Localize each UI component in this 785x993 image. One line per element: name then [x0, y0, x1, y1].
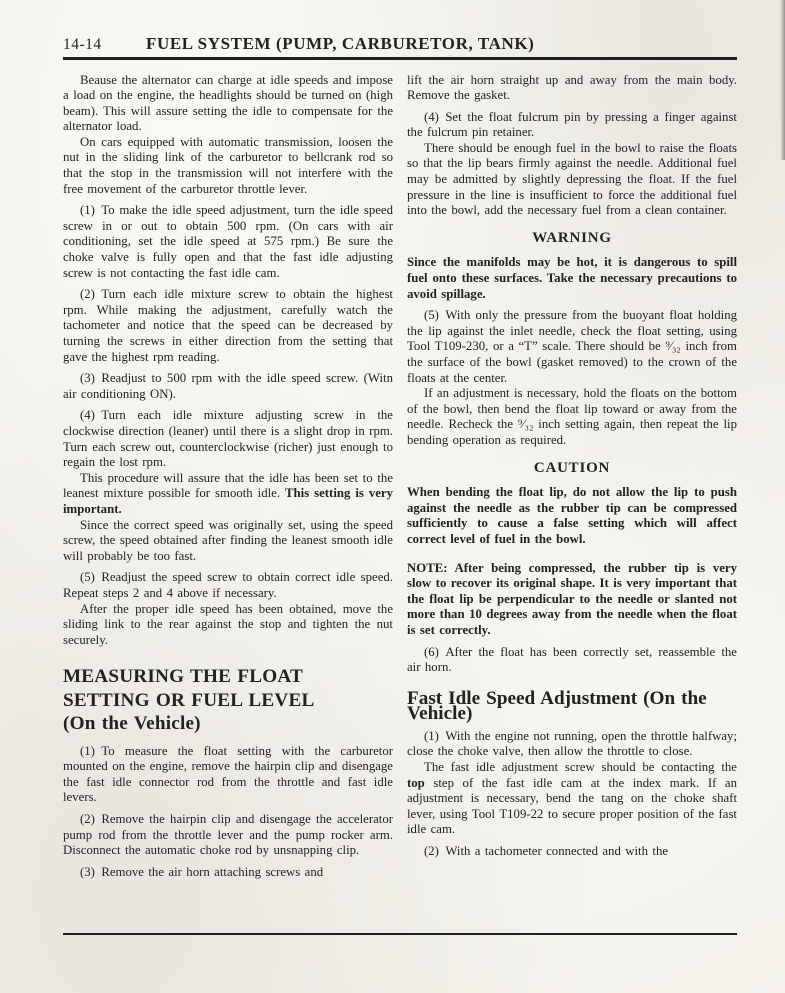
para-idle-step-2: (2) Turn each idle mixture screw to obta… [63, 287, 393, 365]
caution-heading: CAUTION [407, 461, 737, 477]
left-column: Beause the alternator can charge at idle… [63, 73, 393, 931]
para-measure-step-3: (3) Remove the air horn attaching screws… [63, 865, 393, 881]
para-float-step-5: (5) With only the pressure from the buoy… [407, 308, 737, 386]
right-column: lift the air horn straight up and away f… [407, 73, 737, 931]
fast-idle-post-text: step of the fast idle cam at the index m… [407, 776, 737, 837]
para-intro-alternator: Beause the alternator can charge at idle… [63, 73, 393, 135]
warning-heading: WARNING [407, 231, 737, 247]
para-note-text: NOTE: After being compressed, the rubber… [407, 561, 737, 639]
para-float-step-6: (6) After the float has been correctly s… [407, 645, 737, 676]
para-fast-idle-step-2: (2) With a tachometer connected and with… [407, 844, 737, 860]
page-number: 14-14 [63, 36, 146, 54]
fast-idle-pre-text: The fast idle adjustment screw should be… [424, 760, 737, 774]
header-rule [63, 57, 737, 60]
para-procedure: This procedure will assure that the idle… [63, 471, 393, 518]
para-measure-step-2: (2) Remove the hairpin clip and disengag… [63, 812, 393, 859]
heading-measuring-float: MEASURING THE FLOAT SETTING OR FUEL LEVE… [63, 665, 393, 735]
manual-page: 14-14 FUEL SYSTEM (PUMP, CARBURETOR, TAN… [0, 0, 785, 993]
heading-line-2: (On the Vehicle) [63, 712, 393, 735]
para-warning-text: Since the manifolds may be hot, it is da… [407, 255, 737, 302]
para-idle-step-4: (4) Turn each idle mixture adjusting scr… [63, 408, 393, 470]
para-measure-step-1: (1) To measure the float setting with th… [63, 744, 393, 806]
para-enough-fuel: There should be enough fuel in the bowl … [407, 141, 737, 219]
para-idle-step-1: (1) To make the idle speed adjustment, t… [63, 203, 393, 281]
page-title: FUEL SYSTEM (PUMP, CARBURETOR, TANK) [146, 34, 534, 54]
para-caution-text: When bending the float lip, do not allow… [407, 485, 737, 547]
para-idle-step-3: (3) Readjust to 500 rpm with the idle sp… [63, 371, 393, 402]
footer-rule [63, 933, 737, 936]
heading-line-1: MEASURING THE FLOAT SETTING OR FUEL LEVE… [63, 665, 393, 712]
para-idle-step-5: (5) Readjust the speed screw to obtain c… [63, 570, 393, 601]
para-adjustment: If an adjustment is necessary, hold the … [407, 386, 737, 448]
para-float-step-4: (4) Set the float fulcrum pin by pressin… [407, 110, 737, 141]
para-after-proper: After the proper idle speed has been obt… [63, 602, 393, 649]
para-continuation: lift the air horn straight up and away f… [407, 73, 737, 104]
para-fast-idle-step-1: (1) With the engine not running, open th… [407, 729, 737, 760]
page-header: 14-14 FUEL SYSTEM (PUMP, CARBURETOR, TAN… [63, 34, 737, 54]
para-intro-transmission: On cars equipped with automatic transmis… [63, 135, 393, 197]
heading-fast-idle: Fast Idle Speed Adjustment (On the Vehic… [407, 691, 737, 722]
two-column-body: Beause the alternator can charge at idle… [63, 73, 737, 931]
fast-idle-bold-text: top [407, 776, 425, 790]
para-fast-idle-screw: The fast idle adjustment screw should be… [407, 760, 737, 838]
para-since-correct: Since the correct speed was originally s… [63, 518, 393, 565]
